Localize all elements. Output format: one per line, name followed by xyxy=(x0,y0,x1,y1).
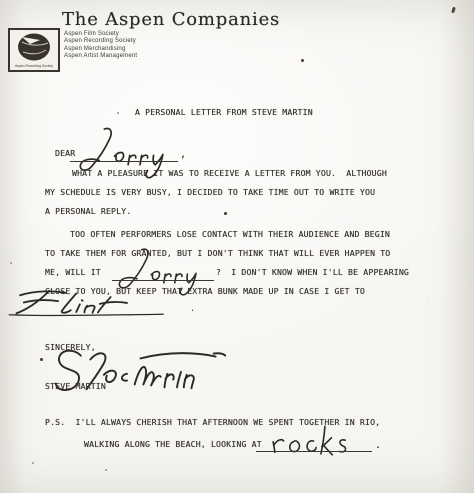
body-line: TOO OFTEN PERFORMERS LOSE CONTACT WITH T… xyxy=(70,229,390,239)
salutation-comma: , xyxy=(180,149,186,160)
body-line: WHAT A PLEASURE IT WAS TO RECEIVE A LETT… xyxy=(72,168,387,178)
dear-underline xyxy=(70,161,178,162)
scan-speck xyxy=(10,262,12,264)
blank-name-underline xyxy=(112,280,214,281)
company-name: The Aspen Companies xyxy=(62,9,280,30)
scan-speck xyxy=(224,212,227,215)
division-item: Aspen Film Society xyxy=(64,31,137,38)
letter-title: A PERSONAL LETTER FROM STEVE MARTIN xyxy=(135,107,313,117)
ps-line: WALKING ALONG THE BEACH, LOOKING AT xyxy=(84,439,262,449)
handwritten-ps-word xyxy=(262,424,362,458)
scan-speck xyxy=(105,469,107,471)
body-line: MY SCHEDULE IS VERY BUSY, I DECIDED TO T… xyxy=(45,187,375,197)
scanned-letter-page: Aspen Recording Society The Aspen Compan… xyxy=(0,0,474,493)
scan-speck xyxy=(32,462,34,464)
body-line: TO TAKE THEM FOR GRANTED, BUT I DON'T TH… xyxy=(45,248,390,258)
city-period: . xyxy=(190,303,195,313)
ps-underline xyxy=(256,451,372,452)
scan-speck xyxy=(117,112,119,114)
company-logo: Aspen Recording Society xyxy=(8,28,60,72)
body-line: A PERSONAL REPLY. xyxy=(45,206,131,216)
scan-speck xyxy=(301,59,304,62)
division-item: Aspen Artist Management xyxy=(64,53,137,60)
body-line: ? I DON'T KNOW WHEN I'LL BE APPEARING xyxy=(216,267,409,277)
division-list: Aspen Film Society Aspen Recording Socie… xyxy=(64,31,137,61)
scan-speck xyxy=(451,7,456,14)
logo-caption: Aspen Recording Society xyxy=(15,64,53,68)
body-line: ME, WILL IT xyxy=(45,267,101,277)
division-item: Aspen Merchandising xyxy=(64,46,137,53)
signed-name-typed: STEVE MARTIN xyxy=(45,381,106,391)
handwritten-city xyxy=(4,288,192,317)
ps-period: . xyxy=(375,440,381,451)
division-item: Aspen Recording Society xyxy=(64,38,137,45)
logo-mark-icon: Aspen Recording Society xyxy=(10,30,58,70)
scan-speck xyxy=(40,358,43,361)
